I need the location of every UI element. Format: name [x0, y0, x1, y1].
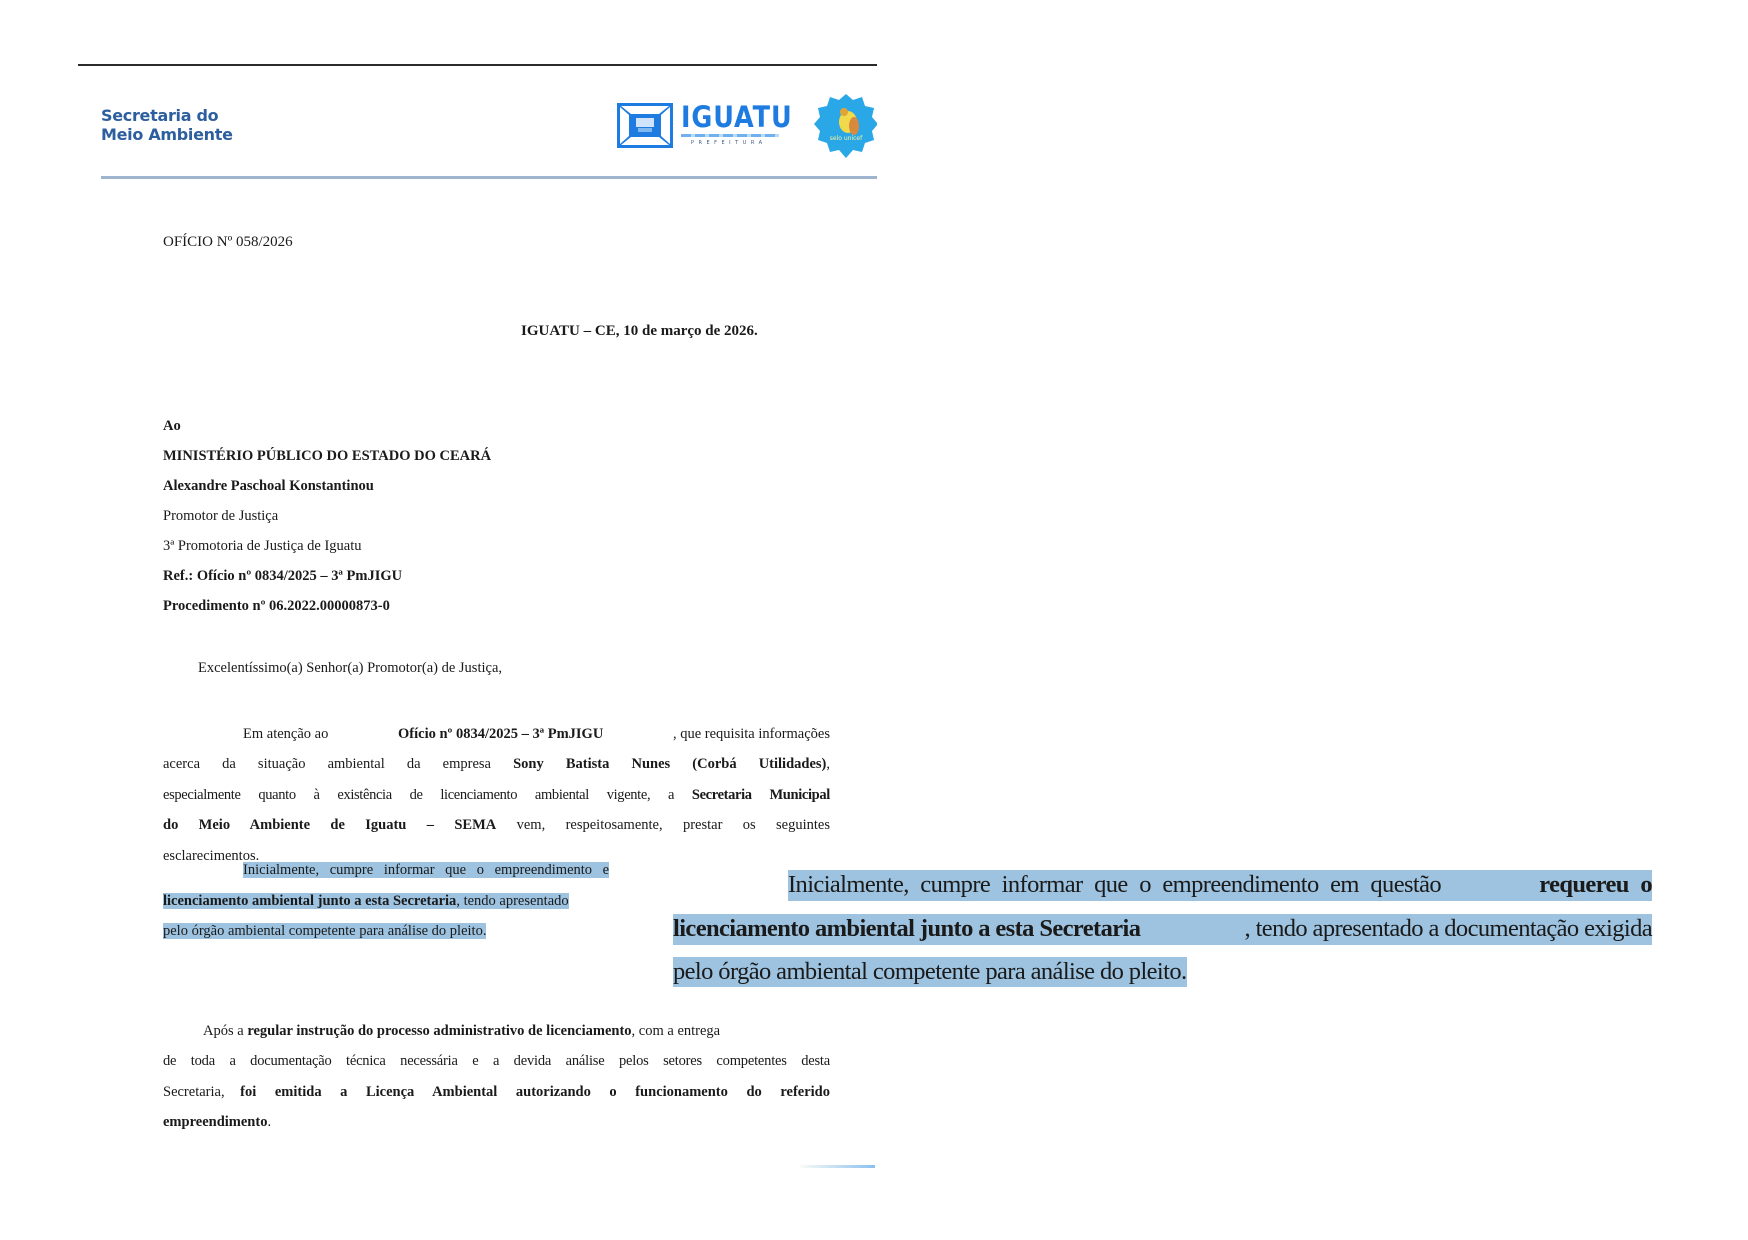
- top-divider: [78, 64, 877, 66]
- p1-line-2: acerca da situação ambiental da empresa …: [163, 749, 830, 779]
- date-line: IGUATU – CE, 10 de março de 2026.: [521, 323, 758, 340]
- addressee-to: Ao: [163, 418, 181, 435]
- salutation: Excelentíssimo(a) Senhor(a) Promotor(a) …: [198, 660, 502, 677]
- iguatu-logo: IGUATU PREFEITURA: [681, 101, 783, 149]
- enlarged-highlight-view: Inicialmente, cumpre informar que o empr…: [673, 860, 1658, 995]
- enlarged-line-3: pelo órgão ambiental competente para aná…: [673, 958, 1187, 986]
- iguatu-emblem-icon: [617, 103, 673, 148]
- p3-line-3: Secretaria, foi emitida a Licença Ambien…: [163, 1077, 830, 1107]
- logo-wordmark: IGUATU: [681, 101, 771, 133]
- svg-text:selo unicef: selo unicef: [830, 135, 863, 142]
- document-page: Secretaria do Meio Ambiente IGUATU PREFE…: [0, 0, 877, 1240]
- p1-line-1: Em atenção ao Ofício nº 0834/2025 – 3ª P…: [163, 719, 830, 749]
- header-divider: [101, 176, 877, 179]
- addressee-name: Alexandre Paschoal Konstantinou: [163, 478, 374, 495]
- enlarged-line-2: licenciamento ambiental junto a esta Sec…: [673, 914, 1652, 942]
- p1-line-4: do Meio Ambiente de Iguatu – SEMA vem, r…: [163, 810, 830, 840]
- enlarged-line-1: Inicialmente, cumpre informar que o empr…: [788, 870, 1652, 898]
- reference-line: Ref.: Ofício nº 0834/2025 – 3ª PmJIGU: [163, 568, 402, 585]
- p3-line-2: de toda a documentação técnica necessári…: [163, 1046, 830, 1076]
- p3-line-4: empreendimento.: [163, 1107, 830, 1137]
- p3-line-1: Após a regular instrução do processo adm…: [163, 1016, 830, 1046]
- department-line-1: Secretaria do: [101, 106, 233, 125]
- page-edge-mark: [800, 1165, 875, 1168]
- logo-wave: [681, 134, 779, 137]
- p2-line-3: pelo órgão ambiental competente para aná…: [163, 916, 655, 947]
- addressee-institution: MINISTÉRIO PÚBLICO DO ESTADO DO CEARÁ: [163, 448, 491, 465]
- logo-subtext: PREFEITURA: [681, 140, 783, 146]
- paragraph-request: Em atenção ao Ofício nº 0834/2025 – 3ª P…: [163, 719, 830, 871]
- procedure-line: Procedimento nº 06.2022.00000873-0: [163, 598, 390, 615]
- oficio-number: OFÍCIO Nº 058/2026: [163, 234, 293, 251]
- paragraph-license-issued: Após a regular instrução do processo adm…: [163, 1016, 830, 1138]
- addressee-office: 3ª Promotoria de Justiça de Iguatu: [163, 538, 362, 555]
- p2-line-1: Inicialmente, cumpre informar que o empr…: [163, 855, 655, 886]
- unicef-seal-icon: selo unicef: [812, 92, 877, 160]
- p1-line-3: especialmente quanto à existência de lic…: [163, 780, 830, 810]
- department-name: Secretaria do Meio Ambiente: [101, 106, 233, 144]
- paragraph-licensing-highlighted: Inicialmente, cumpre informar que o empr…: [163, 855, 655, 1000]
- department-line-2: Meio Ambiente: [101, 125, 233, 144]
- addressee-title: Promotor de Justiça: [163, 508, 278, 525]
- p2-line-2: licenciamento ambiental junto a esta Sec…: [163, 886, 655, 917]
